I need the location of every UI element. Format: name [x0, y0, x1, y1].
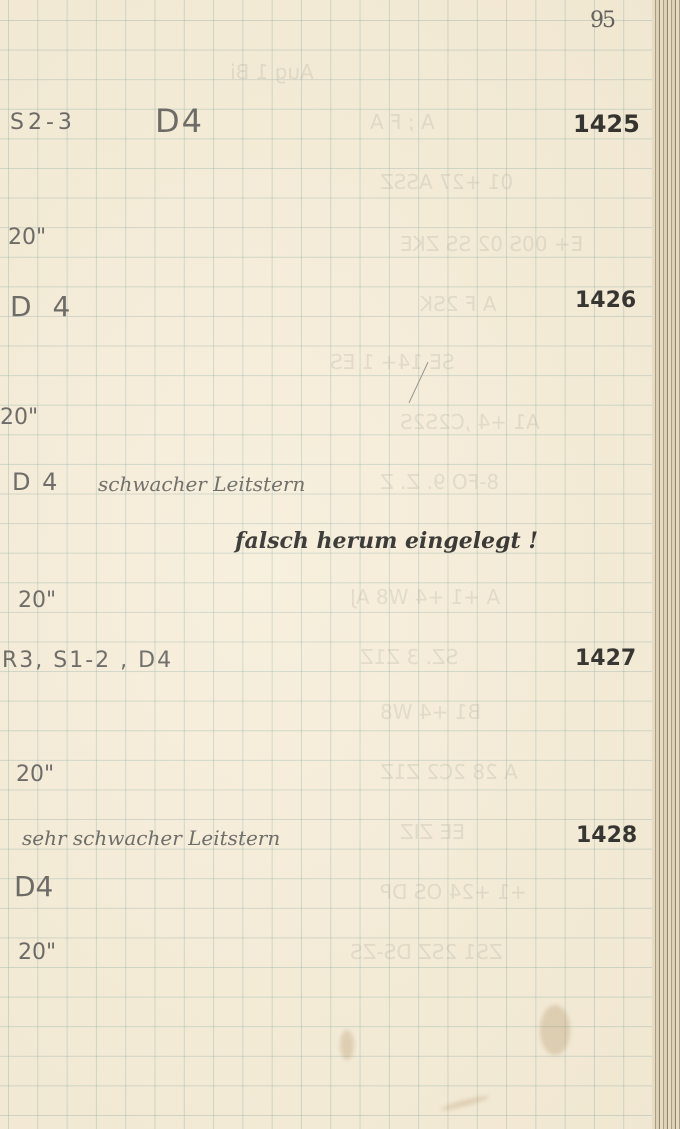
exposure-time: 20": [18, 588, 56, 613]
guide-star-note: sehr schwacher Leitstern: [22, 826, 280, 850]
exposure-time: 20": [16, 762, 54, 787]
bleed-through-text: SZ. 3 Z1Z: [360, 645, 458, 669]
stain: [340, 1030, 354, 1060]
bleed-through-text: EE ZIZ: [400, 820, 465, 844]
stain: [440, 1094, 490, 1113]
guide-star-note: schwacher Leitstern: [98, 472, 305, 496]
stain: [540, 1005, 570, 1055]
entry-label: R3, S1-2 , D4: [2, 648, 173, 673]
entry-filter: D4: [155, 102, 204, 140]
plate-number: 1427: [575, 646, 636, 671]
plate-number: 1426: [575, 288, 636, 313]
bleed-through-text: A ; F A: [370, 110, 435, 134]
bleed-through-text: A F 2SK: [420, 292, 496, 316]
bleed-through-text: A1 +4 ,C2S2S: [400, 410, 540, 434]
remark: falsch herum eingelegt !: [235, 528, 538, 554]
entry-filter: D 4: [10, 290, 76, 323]
entry-label: S2-3: [10, 110, 76, 135]
entry-filter: D 4: [12, 468, 59, 496]
exposure-time: 20": [0, 405, 38, 430]
bleed-through-text: +1 +24 OS DP: [380, 880, 527, 904]
plate-number: 1428: [576, 823, 637, 848]
guide-star-note-text: sehr schwacher Leitstern: [22, 826, 280, 850]
entry-filter: D4: [14, 870, 53, 903]
bleed-through-text: 8-FO 9. Z. Z: [380, 470, 499, 494]
exposure-time: 20": [8, 225, 46, 250]
guide-star-note-text: schwacher Leitstern: [98, 472, 305, 496]
bleed-through-text: 01 +27 ASSZ: [380, 170, 513, 194]
bleed-through-text: A +1 +4 W8 AJ: [350, 585, 500, 609]
bleed-through-text: Aug 1 Bi: [230, 60, 314, 84]
bleed-through-text: ZS1 2SZ DS-ZS: [350, 940, 503, 964]
page-edges: [652, 0, 680, 1129]
bleed-through-text: A 28 2C2 Z1Z: [380, 760, 518, 784]
bleed-through-text: E+ 00S 02 SS ZKE: [400, 232, 583, 256]
plate-number: 1425: [573, 110, 640, 138]
notebook-page: Aug 1 Bi A ; F A 01 +27 ASSZ E+ 00S 02 S…: [0, 0, 652, 1129]
exposure-time: 20": [18, 940, 56, 965]
page-number: 95: [590, 8, 614, 33]
bleed-through-text: B1 +4 W8: [380, 700, 481, 724]
bleed-through-text: SE 14+ 1 ES: [330, 350, 455, 374]
